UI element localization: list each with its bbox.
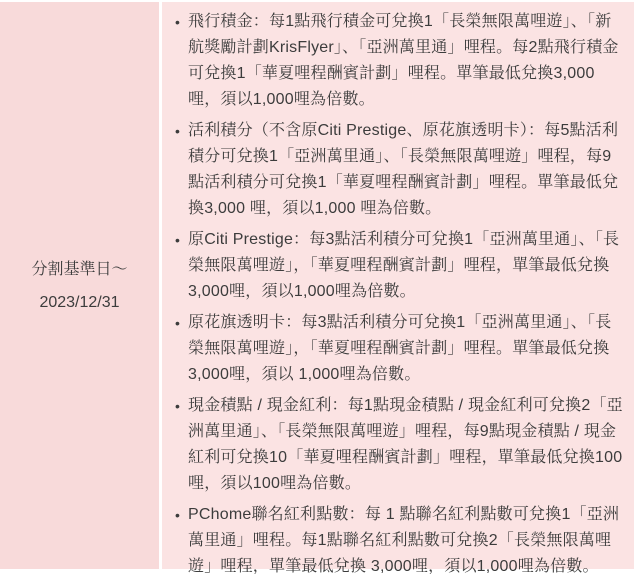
points-conversion-table-row: 分割基準日～ 2023/12/31 飛行積金：每1點飛行積金可兌換1「長榮無限萬… [0,2,634,569]
rule-flight-points: 飛行積金：每1點飛行積金可兌換1「長榮無限萬哩遊」、「新航獎勵計劃KrisFly… [175,9,626,113]
rule-citi-rewards-points: 活利積分（不含原Citi Prestige、原花旗透明卡）：每5點活利積分可兌換… [175,118,626,222]
conversion-rules-cell: 飛行積金：每1點飛行積金可兌換1「長榮無限萬哩遊」、「新航獎勵計劃KrisFly… [162,2,634,569]
conversion-rules-list: 飛行積金：每1點飛行積金可兌換1「長榮無限萬哩遊」、「新航獎勵計劃KrisFly… [175,9,626,574]
rule-citi-clear-card: 原花旗透明卡：每3點活利積分可兌換1「亞洲萬里通」、「長榮無限萬哩遊」，「華夏哩… [175,310,626,388]
rule-pchome-cobrand-points: PChome聯名紅利點數：每 1 點聯名紅利點數可兌換1「亞洲萬里通」哩程。每1… [175,502,626,574]
split-date-value: 2023/12/31 [39,286,119,319]
split-date-label: 分割基準日～ [31,253,127,286]
rule-citi-prestige: 原Citi Prestige：每3點活利積分可兌換1「亞洲萬里通」、「長榮無限萬… [175,227,626,305]
rule-cash-points: 現金積點 / 現金紅利：每1點現金積點 / 現金紅利可兌換2「亞洲萬里通」、「長… [175,393,626,497]
split-date-header-cell: 分割基準日～ 2023/12/31 [0,2,162,569]
